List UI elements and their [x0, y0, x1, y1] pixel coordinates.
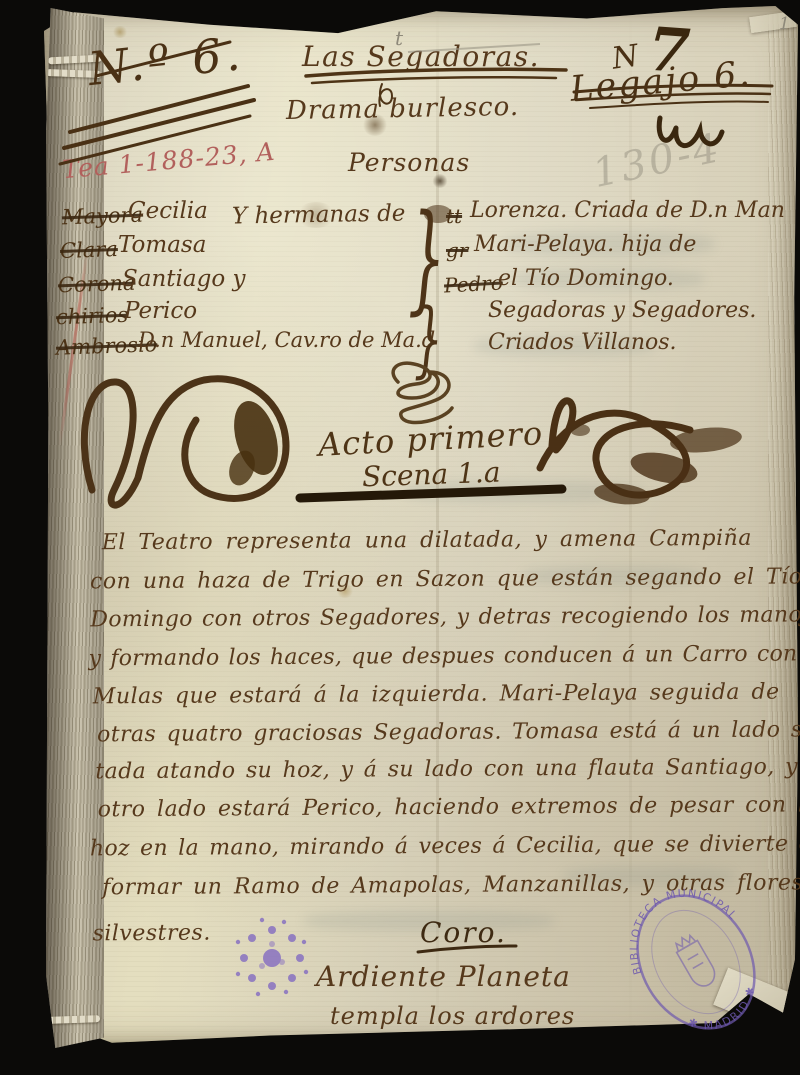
- coro-verse-2: templa los ardores: [330, 1002, 575, 1030]
- cast-middle-note: Y hermanas de: [232, 200, 406, 229]
- play-subtitle: Drama burlesco.: [286, 92, 520, 126]
- stage-direction-line: El Teatro representa una dilatada, y ame…: [102, 526, 752, 556]
- stage-direction-line: hoz en la mano, mirando á veces á Cecili…: [90, 831, 800, 861]
- cast-name-tio-domingo: el Tío Domingo.: [498, 266, 674, 291]
- cast-name-tomasa: Tomasa: [118, 232, 206, 258]
- binding-thread-tie: [48, 1015, 100, 1024]
- struck-mark: gr: [446, 238, 468, 262]
- struck-actor-name: Clara: [60, 237, 119, 263]
- cast-name-cecilia: Cecilia: [128, 198, 208, 224]
- cast-name-don-manuel: D.n Manuel, Cav.ro de Ma.d: [138, 328, 435, 352]
- stage-direction-line: Domingo con otros Segadores, y detras re…: [90, 602, 800, 632]
- cast-name-mari-pelaya: Mari-Pelaya. hija de: [474, 232, 696, 257]
- stage-direction-line: silvestres.: [92, 921, 210, 947]
- fox-spot: [112, 26, 128, 38]
- stage-direction-line: otras quatro graciosas Segadoras. Tomasa…: [97, 717, 800, 747]
- cast-group-criados: Criados Villanos.: [488, 330, 677, 355]
- cast-name-perico: Perico: [124, 298, 197, 324]
- cast-name-santiago: Santiago y: [122, 266, 245, 292]
- cast-name-lorenza: Lorenza. Criada de D.n Man: [470, 198, 785, 223]
- stage-direction-line: y formando los haces, que despues conduc…: [89, 641, 800, 671]
- cast-heading: Personas: [348, 148, 470, 177]
- play-title: Las Segadoras.: [302, 40, 540, 73]
- stage-direction-line: Mulas que estará á la izquierda. Mari-Pe…: [93, 680, 780, 710]
- coro-verse-1: Ardiente Planeta: [316, 960, 571, 993]
- stage-direction-line: con una haza de Trigo en Sazon que están…: [90, 564, 800, 594]
- cast-brace-lower: }: [414, 292, 443, 387]
- coro-heading: Coro.: [420, 916, 507, 949]
- scene-heading: Scena 1.a: [361, 456, 501, 494]
- cast-group-segadores: Segadoras y Segadores.: [488, 298, 756, 323]
- struck-mark: Pedro: [443, 270, 503, 297]
- struck-mark: tt: [446, 204, 462, 228]
- folio-number-pencil: 1: [779, 14, 790, 34]
- stage-direction-line: tada atando su hoz, y á su lado con una …: [95, 754, 800, 784]
- stage-direction-line: formar un Ramo de Amapolas, Manzanillas,…: [102, 870, 800, 900]
- struck-actor-name: chirios: [56, 303, 129, 330]
- stage-direction-line: otro lado estará Perico, haciendo extrem…: [98, 792, 800, 822]
- manuscript-photo: t 1 N.º 6. Las Segadoras. Drama burlesco…: [0, 0, 800, 1075]
